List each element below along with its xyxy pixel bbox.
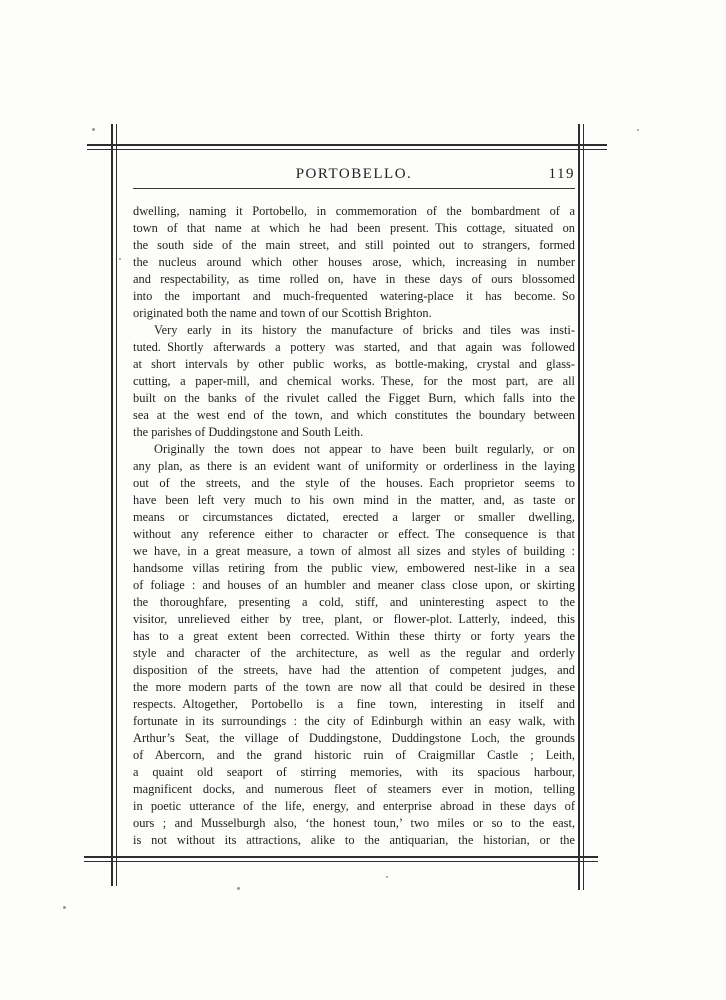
text-line: of foliage : and houses of an humbler an… xyxy=(133,577,575,594)
text-line: Originally the town does not appear to h… xyxy=(133,441,575,458)
text-line: any plan, as there is an evident want of… xyxy=(133,458,575,475)
text-line: the nucleus around which other houses ar… xyxy=(133,254,575,271)
text-line: magnificent docks, and numerous fleet of… xyxy=(133,781,575,798)
frame-rule-top xyxy=(87,144,607,150)
text-line: tuted. Shortly afterwards a pottery was … xyxy=(133,339,575,356)
text-line: of Abercorn, and the grand historic ruin… xyxy=(133,747,575,764)
text-line: the thoroughfare, presenting a cold, sti… xyxy=(133,594,575,611)
text-line: we have, in a great measure, a town of a… xyxy=(133,543,575,560)
text-line: cutting, a paper-mill, and chemical work… xyxy=(133,373,575,390)
text-line: town of that name at which he had been p… xyxy=(133,220,575,237)
text-line: is not without its attractions, alike to… xyxy=(133,832,575,849)
text-line: without any reference either to characte… xyxy=(133,526,575,543)
text-line: out of the streets, and the style of the… xyxy=(133,475,575,492)
text-line: dwelling, naming it Portobello, in comme… xyxy=(133,203,575,220)
header-rule xyxy=(133,188,575,189)
text-line: fortunate in its surroundings : the city… xyxy=(133,713,575,730)
text-line: Very early in its history the manufactur… xyxy=(133,322,575,339)
text-line: built on the banks of the rivulet called… xyxy=(133,390,575,407)
text-line: the parishes of Duddingstone and South L… xyxy=(133,424,575,441)
text-line: at short intervals by other public works… xyxy=(133,356,575,373)
scan-speck xyxy=(237,887,240,890)
text-line: Arthur’s Seat, the village of Duddingsto… xyxy=(133,730,575,747)
scan-speck xyxy=(63,906,66,909)
text-line: in poetic utterance of the life, energy,… xyxy=(133,798,575,815)
text-line: visitor, unrelieved either by tree, plan… xyxy=(133,611,575,628)
text-line: handsome villas retiring from the public… xyxy=(133,560,575,577)
frame-rule-right xyxy=(578,124,584,890)
page-body: dwelling, naming it Portobello, in comme… xyxy=(133,203,575,849)
book-page-scan: PORTOBELLO. 119 dwelling, naming it Port… xyxy=(0,0,726,1000)
text-line: into the important and much-frequented w… xyxy=(133,288,575,305)
text-line: ours ; and Musselburgh also, ‘the honest… xyxy=(133,815,575,832)
scan-speck xyxy=(637,129,639,131)
text-line: the more modern parts of the town are no… xyxy=(133,679,575,696)
text-line: a quaint old seaport of stirring memorie… xyxy=(133,764,575,781)
text-line: means or circumstances dictated, erected… xyxy=(133,509,575,526)
text-line: style and character of the architecture,… xyxy=(133,645,575,662)
text-line: originated both the name and town of our… xyxy=(133,305,575,322)
scan-speck xyxy=(386,876,388,878)
scan-speck xyxy=(119,258,121,260)
text-line: the south side of the main street, and s… xyxy=(133,237,575,254)
text-line: has to a great extent been corrected. Wi… xyxy=(133,628,575,645)
text-line: respects. Altogether, Portobello is a fi… xyxy=(133,696,575,713)
text-line: and respectability, as time rolled on, h… xyxy=(133,271,575,288)
text-line: sea at the west end of the town, and whi… xyxy=(133,407,575,424)
scan-speck xyxy=(92,128,95,131)
frame-rule-bottom xyxy=(84,856,598,862)
text-line: disposition of the streets, have had the… xyxy=(133,662,575,679)
frame-rule-left xyxy=(111,124,117,886)
text-line: have been left very much to his own mind… xyxy=(133,492,575,509)
page-number: 119 xyxy=(133,166,575,183)
